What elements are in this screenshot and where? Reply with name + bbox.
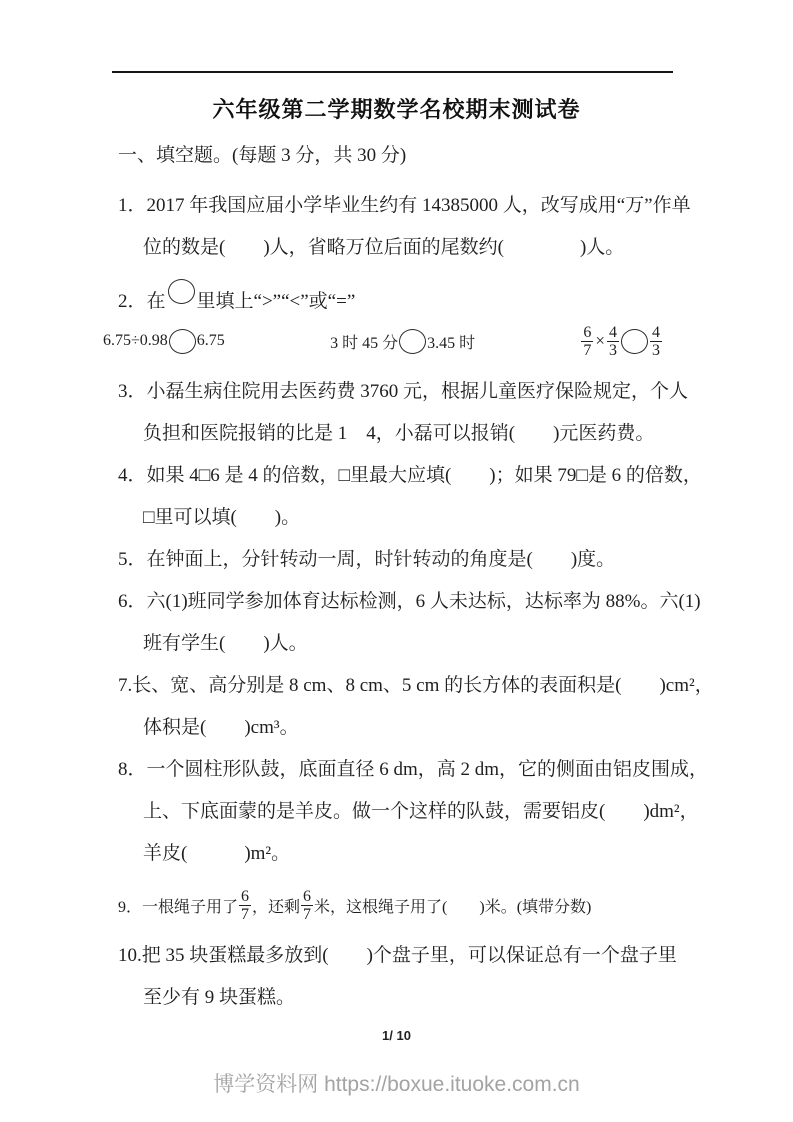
page-title: 六年级第二学期数学名校期末测试卷 — [0, 96, 793, 124]
question-9-text-mid: ，还剩 — [252, 894, 300, 917]
question-4-line-1: 4．如果 4□6 是 4 的倍数，□里最大应填( )；如果 79□是 6 的倍数… — [118, 465, 758, 486]
question-10-line-1: 10.把 35 块蛋糕最多放到( )个盘子里，可以保证总有一个盘子里 — [118, 945, 758, 966]
question-6-line-1: 6．六(1)班同学参加体育达标检测，6 人未达标，达标率为 88%。六(1) — [118, 591, 758, 612]
exam-body: 一、填空题。(每题 3 分，共 30 分) 1．2017 年我国应届小学毕业生约… — [118, 145, 758, 1029]
question-9-text-before: 9．一根绳子用了 — [118, 894, 238, 917]
comparison-2-right: 3.45 时 — [427, 330, 475, 353]
question-9-text-after: 米，这根绳子用了( )米。(填带分数) — [314, 894, 591, 917]
question-7-line-1: 7.长、宽、高分别是 8 cm、8 cm、5 cm 的长方体的表面积是( )cm… — [118, 675, 758, 696]
question-3-line-1: 3．小磊生病住院用去医药费 3760 元，根据儿童医疗保险规定，个人 — [118, 381, 758, 402]
comparison-item-2: 3 时 45 分 3.45 时 — [330, 329, 475, 354]
question-1-line-2: 位的数是( )人，省略万位后面的尾数约( )人。 — [143, 237, 758, 258]
comparison-item-1: 6.75÷0.98 6.75 — [103, 329, 225, 354]
question-6-line-2: 班有学生( )人。 — [143, 633, 758, 654]
question-9-line-1: 9．一根绳子用了 6 7 ，还剩 6 7 米，这根绳子用了( )米。(填带分数) — [118, 885, 758, 925]
comparison-1-left: 6.75÷0.98 — [103, 332, 168, 350]
question-1-line-1: 1．2017 年我国应届小学毕业生约有 14385000 人，改写成用“万”作单 — [118, 195, 758, 216]
question-4-line-2: □里可以填( )。 — [143, 507, 758, 528]
question-8-line-3: 羊皮( )m²。 — [143, 843, 758, 864]
fraction-six-sevenths: 6 7 — [239, 889, 251, 922]
blank-circle-icon — [621, 329, 648, 354]
question-2-prompt-after: 里填上“>”“<”或“=” — [197, 291, 356, 312]
question-2-prompt: 2．在里填上“>”“<”或“=” — [118, 279, 758, 300]
fraction-six-sevenths: 6 7 — [581, 325, 593, 358]
fraction-four-thirds: 4 3 — [607, 325, 619, 358]
multiplication-sign: × — [595, 331, 605, 351]
section-heading: 一、填空题。(每题 3 分，共 30 分) — [118, 145, 758, 166]
comparison-2-left: 3 时 45 分 — [330, 330, 398, 353]
question-7-line-2: 体积是( )cm³。 — [143, 717, 758, 738]
fraction-six-sevenths: 6 7 — [301, 889, 313, 922]
question-10-line-2: 至少有 9 块蛋糕。 — [143, 987, 758, 1008]
question-3-line-2: 负担和医院报销的比是 1 4，小磊可以报销( )元医药费。 — [143, 423, 758, 444]
fraction-four-thirds: 4 3 — [650, 325, 662, 358]
question-5-line-1: 5．在钟面上，分针转动一周，时针转动的角度是( )度。 — [118, 549, 758, 570]
question-8-line-1: 8．一个圆柱形队鼓，底面直径 6 dm，高 2 dm，它的侧面由铝皮围成， — [118, 759, 758, 780]
blank-circle-icon — [168, 279, 195, 304]
question-2-prompt-before: 2．在 — [118, 291, 166, 312]
comparison-item-3: 6 7 × 4 3 4 3 — [580, 325, 663, 358]
question-8-line-2: 上、下底面蒙的是羊皮。做一个这样的队鼓，需要铝皮( )dm²， — [143, 801, 758, 822]
comparison-1-right: 6.75 — [197, 332, 225, 350]
page-number: 1/ 10 — [0, 1028, 793, 1043]
blank-circle-icon — [169, 329, 196, 354]
header-divider — [112, 71, 673, 73]
watermark-text: 博学资料网 https://boxue.ituoke.com.cn — [0, 1068, 793, 1098]
question-2-comparisons: 6.75÷0.98 6.75 3 时 45 分 3.45 时 6 7 × 4 3… — [103, 321, 663, 361]
blank-circle-icon — [399, 329, 426, 354]
